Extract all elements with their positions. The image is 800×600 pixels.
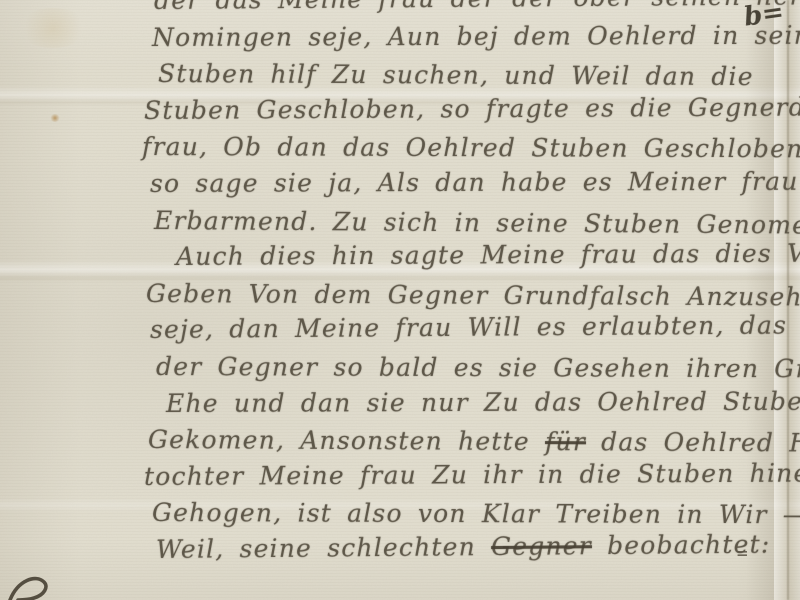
line-text: Gehogen, ist also von Klar Treiben in Wi… bbox=[152, 498, 800, 529]
manuscript-photo: der das Meine frau der der ober seinen h… bbox=[0, 0, 800, 600]
manuscript-line: Stuben Geschloben, so fragte es die Gegn… bbox=[144, 89, 800, 130]
manuscript-line: frau, Ob dan das Oehlred Stuben Geschlob… bbox=[142, 129, 800, 168]
line-text: Auch dies hin sagte Meine frau das dies … bbox=[176, 239, 800, 271]
struck-word: Gegner bbox=[491, 531, 592, 561]
line-text: das Oehlred Hoch bbox=[586, 427, 800, 457]
manuscript-line: der Gegner so bald es sie Gesehen ihren … bbox=[156, 349, 800, 388]
wir-double-hyphen-mark: = bbox=[736, 544, 748, 562]
line-text: Stuben Geschloben, so fragte es die Gegn… bbox=[144, 92, 800, 125]
struck-word: für bbox=[545, 427, 586, 456]
line-text: Weil, seine schlechten bbox=[156, 532, 491, 564]
manuscript-line: Ehe und dan sie nur Zu das Oehlred Stube… bbox=[166, 383, 800, 422]
rust-fleck-stain bbox=[50, 114, 60, 122]
line-text: so sage sie ja, Als dan habe es Meiner f… bbox=[150, 166, 800, 198]
manuscript-line: Weil, seine schlechten Gegner beobachtet… bbox=[156, 525, 800, 568]
faint-smudge-stain bbox=[18, 8, 88, 48]
manuscript-line: der das Meine frau der der ober seinen h… bbox=[154, 0, 800, 20]
line-text: der Gegner so bald es sie Gesehen ihren … bbox=[156, 352, 800, 384]
line-text: Ehe und dan sie nur Zu das Oehlred Stube… bbox=[166, 386, 800, 417]
manuscript-line: so sage sie ja, Als dan habe es Meiner f… bbox=[150, 163, 800, 202]
manuscript-line: tochter Meine frau Zu ihr in die Stuben … bbox=[144, 455, 800, 496]
line-text: Gekomen, Ansonsten hette bbox=[148, 425, 545, 456]
line-text: der das Meine frau der der ober seinen h… bbox=[154, 0, 800, 15]
manuscript-line: Nomingen seje, Aun bej dem Oehlerd in se… bbox=[152, 17, 800, 56]
line-text: Geben Von dem Gegner Grundfalsch Anzuseh… bbox=[146, 279, 800, 312]
manuscript-line: Auch dies hin sagte Meine frau das dies … bbox=[176, 235, 800, 275]
line-text: tochter Meine frau Zu ihr in die Stuben … bbox=[144, 458, 800, 491]
line-text: Nomingen seje, Aun bej dem Oehlerd in se… bbox=[152, 20, 800, 51]
ink-flourish bbox=[6, 572, 86, 600]
margin-correction-mark: b= bbox=[742, 0, 786, 33]
line-text: Erbarmend. Zu sich in seine Stuben Genom… bbox=[154, 206, 800, 240]
line-text: Stuben hilf Zu suchen, und Weil dan die bbox=[158, 59, 754, 91]
line-text: seje, dan Meine frau Will es erlaubten, … bbox=[150, 311, 787, 344]
line-text: frau, Ob dan das Oehlred Stuben Geschlob… bbox=[142, 132, 800, 164]
manuscript-text: der das Meine frau der der ober seinen h… bbox=[148, 0, 800, 569]
manuscript-line: seje, dan Meine frau Will es erlaubten, … bbox=[150, 307, 800, 349]
